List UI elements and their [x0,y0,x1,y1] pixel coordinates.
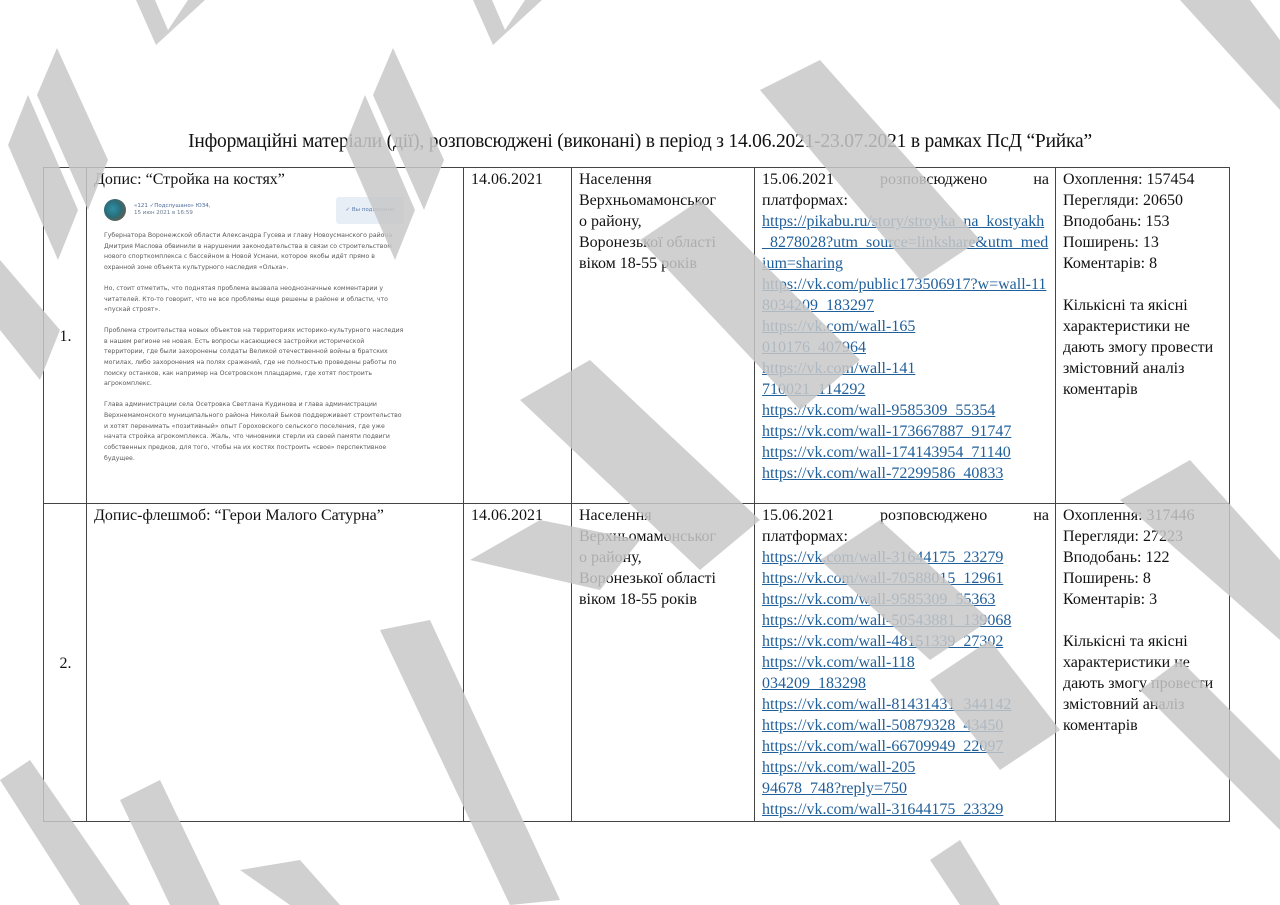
stat-reach: Охоплення: 317446 [1063,505,1223,526]
row-number: 1. [44,168,87,504]
platforms-label: платформах: [762,190,1049,211]
post-paragraph: Губернатора Воронежской области Александ… [104,231,404,274]
platforms-label: платформах: [762,526,1049,547]
analysis-note: Кількісні та якісні характеристики не да… [1063,295,1223,400]
stat-views: Перегляди: 20650 [1063,190,1223,211]
platform-link[interactable]: https://pikabu.ru/story/stroyka_na_kosty… [762,211,1049,274]
document-title: Інформаційні матеріали (дії), розповсюдж… [0,131,1280,153]
post-meta: «121 ✓Подслушано» ЮЗ4, 15 июн 2021 в 16:… [134,203,211,217]
stat-comments: Коментарів: 8 [1063,253,1223,274]
distribution-header: 15.06.2021 розповсюджено на [762,505,1049,526]
platform-link[interactable]: https://vk.com/public173506917?w=wall-11… [762,274,1049,316]
post-screenshot: «121 ✓Подслушано» ЮЗ4, 15 июн 2021 в 16:… [104,195,404,464]
audience-line: Верхньомамонськог [579,190,748,211]
distribution-header: 15.06.2021 розповсюджено на [762,169,1049,190]
platform-link[interactable]: https://vk.com/wall-31644175_23279 [762,547,1049,568]
stat-reach: Охоплення: 157454 [1063,169,1223,190]
platform-link[interactable]: https://vk.com/wall-66709949_22097 [762,736,1049,757]
platform-link[interactable]: https://vk.com/wall-9585309_55354 [762,400,1049,421]
audience-line: Населення [579,505,748,526]
platform-link[interactable]: https://vk.com/wall-118034209_183298 [762,652,922,694]
platform-link[interactable]: https://vk.com/wall-81431431_344142 [762,694,1049,715]
platform-link[interactable]: https://vk.com/wall-31644175_23329 [762,799,1049,820]
platform-link[interactable]: https://vk.com/wall-141710021_114292 [762,358,922,400]
distribution-word: розповсюджено [880,169,987,190]
distribution-cell: 15.06.2021 розповсюджено на платформах: … [755,504,1056,822]
stat-views: Перегляди: 27223 [1063,526,1223,547]
audience-cell: Населення Верхньомамонськог о району, Во… [572,504,755,822]
distribution-date: 15.06.2021 [762,505,834,526]
material-title: Допис-флешмоб: “Герои Малого Сатурна” [94,505,457,526]
audience-cell: Населення Верхньомамонськог о району, Во… [572,168,755,504]
audience-line: Воронезької області [579,232,748,253]
post-paragraph: Глава администрации села Осетровка Светл… [104,400,404,464]
distribution-cell: 15.06.2021 розповсюджено на платформах: … [755,168,1056,504]
stats-cell: Охоплення: 157454 Перегляди: 20650 Вподо… [1056,168,1230,504]
platform-link[interactable]: https://vk.com/wall-165010176_407964 [762,316,922,358]
material-cell: Допис: “Стройка на костях” «121 ✓Подслуш… [87,168,464,504]
stats-cell: Охоплення: 317446 Перегляди: 27223 Вподо… [1056,504,1230,822]
stat-likes: Вподобань: 153 [1063,211,1223,232]
platform-link[interactable]: https://vk.com/wall-50879328_43450 [762,715,1049,736]
audience-line: о району, [579,211,748,232]
platform-link[interactable]: https://vk.com/wall-173667887_91747 [762,421,1049,442]
audience-line: Воронезької області [579,568,748,589]
date-cell: 14.06.2021 [464,504,572,822]
platform-link[interactable]: https://vk.com/wall-72299586_40833 [762,463,1049,484]
distribution-word: розповсюджено [880,505,987,526]
distribution-on: на [1033,505,1049,526]
audience-line: віком 18-55 років [579,253,748,274]
audience-line: Верхньомамонськог [579,526,748,547]
materials-table: 1. Допис: “Стройка на костях” «121 ✓Подс… [43,167,1230,822]
post-paragraph: Но, стоит отметить, что поднятая проблем… [104,284,404,316]
platform-link[interactable]: https://vk.com/wall-70588015_12961 [762,568,1049,589]
post-paragraph: Проблема строительства новых объектов на… [104,326,404,390]
stat-comments: Коментарів: 3 [1063,589,1223,610]
material-title: Допис: “Стройка на костях” [94,169,457,190]
post-author: «121 ✓Подслушано» ЮЗ4, [134,203,211,210]
platform-link[interactable]: https://vk.com/wall-20594678_748?reply=7… [762,757,922,799]
platform-link[interactable]: https://vk.com/wall-48151339_27302 [762,631,1049,652]
platform-link[interactable]: https://vk.com/wall-174143954_71140 [762,442,1049,463]
stat-shares: Поширень: 13 [1063,232,1223,253]
stat-shares: Поширень: 8 [1063,568,1223,589]
distribution-on: на [1033,169,1049,190]
audience-line: о району, [579,547,748,568]
avatar [104,199,126,221]
distribution-date: 15.06.2021 [762,169,834,190]
analysis-note: Кількісні та якісні характеристики не да… [1063,631,1223,736]
material-cell: Допис-флешмоб: “Герои Малого Сатурна” [87,504,464,822]
subscribed-button: ✓ Вы подписаны [336,197,405,224]
post-timestamp: 15 июн 2021 в 16:59 [134,210,211,217]
row-number: 2. [44,504,87,822]
table-row: 1. Допис: “Стройка на костях” «121 ✓Подс… [44,168,1230,504]
platform-link[interactable]: https://vk.com/wall-50543881_139068 [762,610,1049,631]
platform-link[interactable]: https://vk.com/wall-9585309_55363 [762,589,1049,610]
audience-line: Населення [579,169,748,190]
audience-line: віком 18-55 років [579,589,748,610]
stat-likes: Вподобань: 122 [1063,547,1223,568]
post-header: «121 ✓Подслушано» ЮЗ4, 15 июн 2021 в 16:… [104,195,404,225]
table-row: 2. Допис-флешмоб: “Герои Малого Сатурна”… [44,504,1230,822]
date-cell: 14.06.2021 [464,168,572,504]
post-text: Губернатора Воронежской области Александ… [104,231,404,464]
